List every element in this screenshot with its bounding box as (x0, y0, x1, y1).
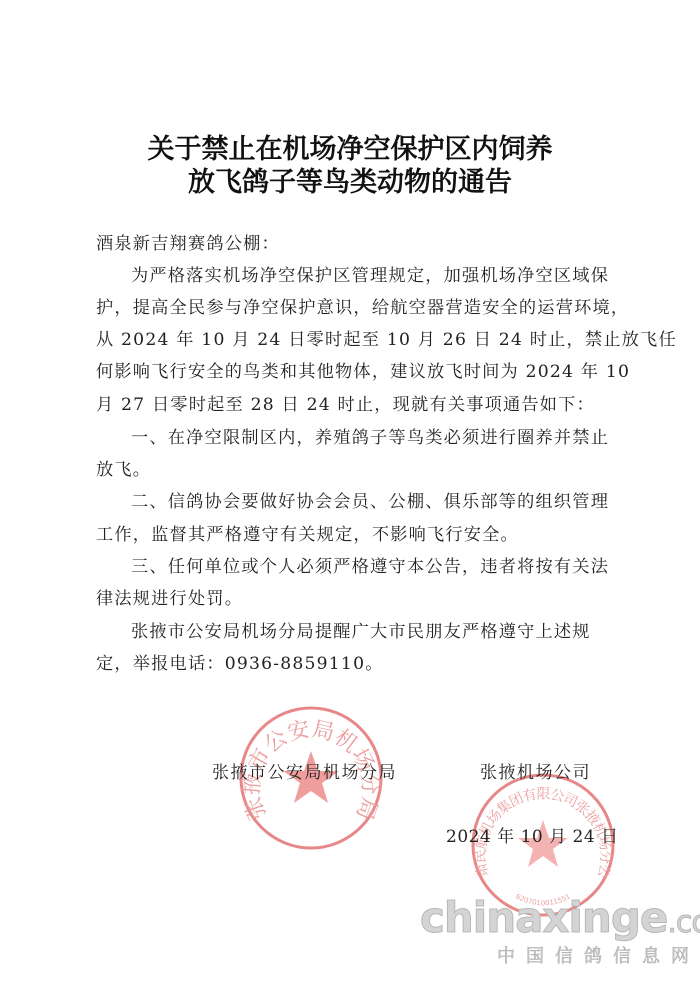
issue-date: 2024 年 10 月 24 日 (446, 822, 619, 847)
watermark-domain: chinaxinge.com (420, 893, 700, 942)
notice-title-line-2: 放飞鸽子等鸟类动物的通告 (0, 160, 700, 199)
body-line: 护，提高全民参与净空保护意识，给航空器营造安全的运营环境， (96, 297, 616, 319)
clause-3-cont: 律法规进行处罚。 (96, 588, 616, 610)
watermark-domain-main: chinaxinge (420, 893, 667, 942)
clause-1: 一、在净空限制区内，养殖鸽子等鸟类必须进行圈养并禁止 (131, 427, 651, 449)
body-line: 何影响飞行安全的鸟类和其他物体，建议放飞时间为 2024 年 10 (96, 361, 616, 383)
body-line: 从 2024 年 10 月 24 日零时起至 10 月 26 日 24 时止，禁… (96, 329, 616, 351)
closing-reminder: 张掖市公安局机场分局提醒广大市民朋友严格遵守上述规 (131, 621, 651, 643)
signatory-airport-company: 张掖机场公司 (480, 758, 591, 783)
closing-reminder-cont: 定，举报电话：0936-8859110。 (96, 653, 616, 675)
recipient: 酒泉新吉翔赛鸽公棚： (96, 233, 616, 255)
watermark-domain-suffix: .com (667, 905, 700, 940)
body-line: 月 27 日零时起至 28 日 24 时止，现就有关事项通告如下： (96, 394, 616, 416)
signatory-police-bureau: 张掖市公安局机场分局 (212, 758, 397, 783)
clause-3: 三、任何单位或个人必须严格遵守本公告，违者将按有关法 (131, 556, 651, 578)
clause-1-cont: 放飞。 (96, 459, 616, 481)
body-line: 为严格落实机场净空保护区管理规定，加强机场净空区域保 (131, 265, 651, 287)
watermark-site-name: 中国信鸽信息网 (497, 942, 700, 968)
clause-2-cont: 工作，监督其严格遵守有关规定，不影响飞行安全。 (96, 524, 616, 546)
clause-2: 二、信鸽协会要做好协会会员、公棚、俱乐部等的组织管理 (131, 491, 651, 513)
